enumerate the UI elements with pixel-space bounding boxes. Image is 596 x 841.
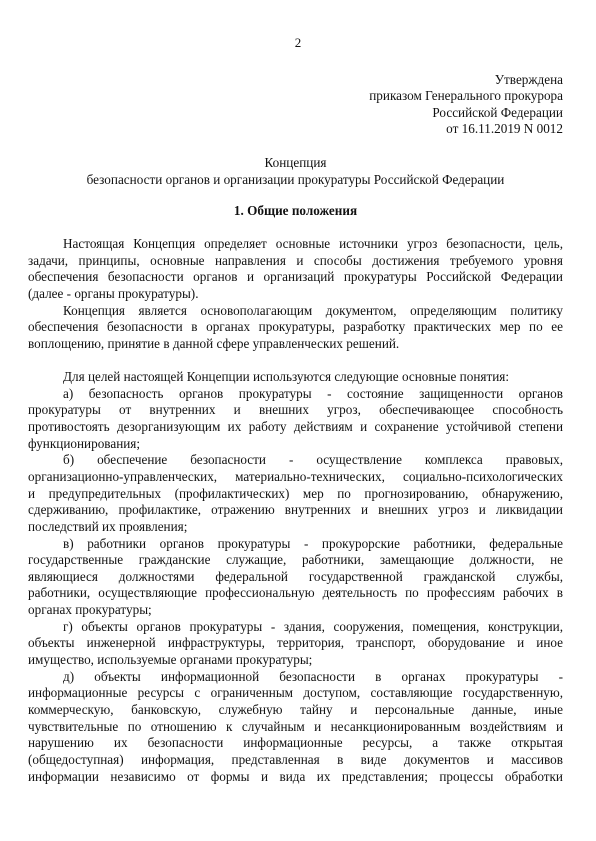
paragraph-line: работники, осуществляющие профессиональн… [28, 585, 563, 602]
paragraph-line: Концепция является основополагающим доку… [28, 303, 563, 320]
paragraph-line: воплощению, принятие в данной сфере упра… [28, 336, 563, 353]
paragraph-line: д) объекты информационной безопасности в… [28, 669, 563, 686]
paragraph-line: задачи, принципы, основные направления и… [28, 253, 563, 270]
paragraph-line: функционирования; [28, 436, 563, 453]
paragraph-line: органах прокуратуры; [28, 602, 563, 619]
paragraph-line: последствий их проявления; [28, 519, 563, 536]
document-body: Настоящая Концепция определяет основные … [28, 236, 563, 785]
approval-line: Российской Федерации [369, 105, 563, 121]
paragraph-line: Настоящая Концепция определяет основные … [28, 236, 563, 253]
document-title: Концепция безопасности органов и организ… [28, 155, 563, 188]
approval-block: Утверждена приказом Генерального прокуро… [369, 72, 563, 137]
paragraph-line: нарушению их безопасности информационные… [28, 735, 563, 752]
paragraph-line: информации независимо от формы и вида их… [28, 769, 563, 786]
subtitle-line: безопасности органов и организации проку… [28, 172, 563, 189]
title-line: Концепция [28, 155, 563, 172]
blank-line [28, 352, 563, 369]
paragraph-line: информационные ресурсы с ограниченным до… [28, 685, 563, 702]
page-number: 2 [0, 35, 596, 51]
paragraph-line: противостоять дезорганизующим их работу … [28, 419, 563, 436]
section-heading: 1. Общие положения [28, 203, 563, 219]
paragraph-line: (общедоступная) информация, представленн… [28, 752, 563, 769]
paragraph-line: б) обеспечение безопасности - осуществле… [28, 452, 563, 469]
approval-line: приказом Генерального прокурора [369, 88, 563, 104]
paragraph-line: г) объекты органов прокуратуры - здания,… [28, 619, 563, 636]
paragraph-line: (далее - органы прокуратуры). [28, 286, 563, 303]
paragraph-line: обеспечения безопасности органов и орган… [28, 269, 563, 286]
approval-line: Утверждена [369, 72, 563, 88]
approval-line: от 16.11.2019 N 0012 [369, 121, 563, 137]
paragraph-line: имущество, используемые органами прокура… [28, 652, 563, 669]
paragraph-line: прокуратуры от внутренних и внешних угро… [28, 402, 563, 419]
paragraph-line: являющиеся должностями федеральной госуд… [28, 569, 563, 586]
paragraph-line: государственные гражданские служащие, ра… [28, 552, 563, 569]
paragraph-line: а) безопасность органов прокуратуры - со… [28, 386, 563, 403]
paragraph-line: коммерческую, банковскую, служебную тайн… [28, 702, 563, 719]
paragraph-line: сдерживанию, профилактике, отражению вну… [28, 502, 563, 519]
paragraph-line: Для целей настоящей Концепции используют… [28, 369, 563, 386]
paragraph-line: в) работники органов прокуратуры - проку… [28, 536, 563, 553]
paragraph-line: объекты инженерной инфраструктуры, терри… [28, 635, 563, 652]
paragraph-line: обеспечения безопасности в органах проку… [28, 319, 563, 336]
paragraph-line: чувствительные по отношению к случайным … [28, 719, 563, 736]
paragraph-line: и предупредительных (профилактических) м… [28, 486, 563, 503]
paragraph-line: организационно-управленческих, материаль… [28, 469, 563, 486]
